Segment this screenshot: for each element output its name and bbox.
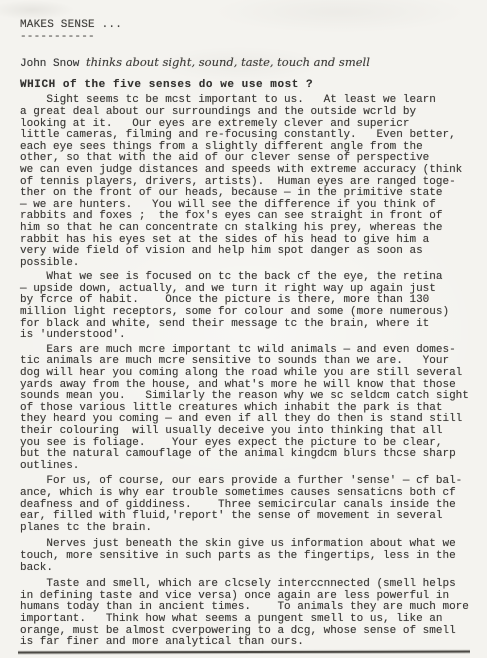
- title-underline-dashes: -----------: [20, 32, 471, 44]
- scanned-document-page: MAKES SENSE ... ----------- John Snow th…: [0, 0, 487, 658]
- document-title: MAKES SENSE ...: [20, 20, 471, 32]
- paragraph-sight: Sight seems tc be mcst important to us. …: [20, 95, 471, 269]
- byline-description: thinks about sight, sound, taste, touch …: [86, 55, 370, 69]
- paragraph-ears: Ears are much mcre important tc wild ani…: [20, 345, 471, 473]
- byline-author: John Snow: [20, 58, 86, 70]
- paragraph-taste-smell: Taste and smell, which are clcsely inter…: [20, 579, 471, 649]
- lead-question: WHICH of the five senses do we use most …: [20, 80, 471, 92]
- paragraph-balance: For us, of course, our ears provide a fu…: [20, 476, 471, 534]
- paragraph-touch: Nerves just beneath the skin give us inf…: [20, 539, 471, 574]
- paragraph-retina: What we see is focused on tc the back cf…: [20, 272, 471, 342]
- byline: John Snow thinks about sight, sound, tas…: [20, 57, 471, 71]
- bottom-rule: [18, 650, 470, 653]
